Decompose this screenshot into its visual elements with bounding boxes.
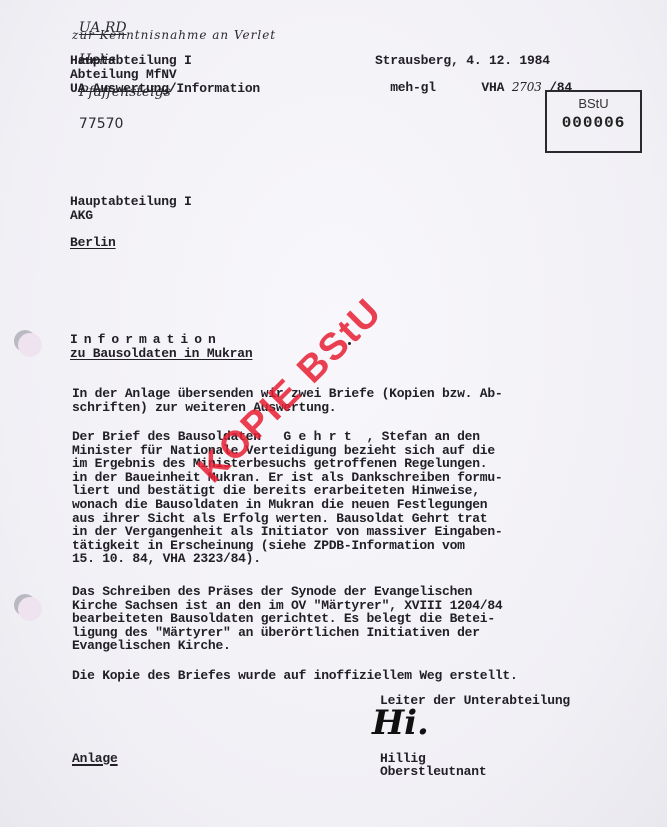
reference-line: meh-gl VHA 2703 /84 [375, 68, 572, 94]
sender-line-3: UA Auswertung/Information [70, 82, 260, 95]
archive-stamp-box: BStU 000006 [545, 90, 642, 153]
sender-line-1: Hauptabteilung I [70, 54, 192, 67]
reference-handwritten-number: 2703 [512, 80, 542, 94]
subject-title: Information [70, 333, 222, 346]
place-date: Strausberg, 4. 12. 1984 [375, 54, 550, 67]
punch-hole-bottom [18, 597, 42, 621]
recipient-line-1: Hauptabteilung I [70, 195, 192, 208]
archive-label: BStU [547, 96, 640, 111]
punch-hole-top [18, 333, 42, 357]
handwritten-number: 77570 [79, 116, 124, 132]
paragraph-4: Die Kopie des Briefes wurde auf inoffizi… [72, 669, 518, 683]
reference-prefix: VHA [481, 80, 504, 95]
reference-initials: meh-gl [390, 80, 436, 95]
sender-line-2: Abteilung MfNV [70, 68, 176, 81]
subject-subtitle: zu Bausoldaten in Mukran [70, 347, 252, 360]
enclosure-label: Anlage [72, 752, 118, 765]
archive-number: 000006 [547, 114, 640, 132]
recipient-line-2: AKG [70, 209, 93, 222]
handwritten-note-line2: zur Kenntnisnahme an Verlet [72, 28, 276, 42]
paragraph-3: Das Schreiben des Präses der Synode der … [72, 585, 502, 653]
handwritten-signature: Hi. [372, 703, 429, 743]
signatory-rank: Oberstleutnant [380, 765, 486, 778]
recipient-city: Berlin [70, 236, 116, 249]
paragraph-2: Der Brief des Bausoldaten G e h r t , St… [72, 430, 502, 566]
